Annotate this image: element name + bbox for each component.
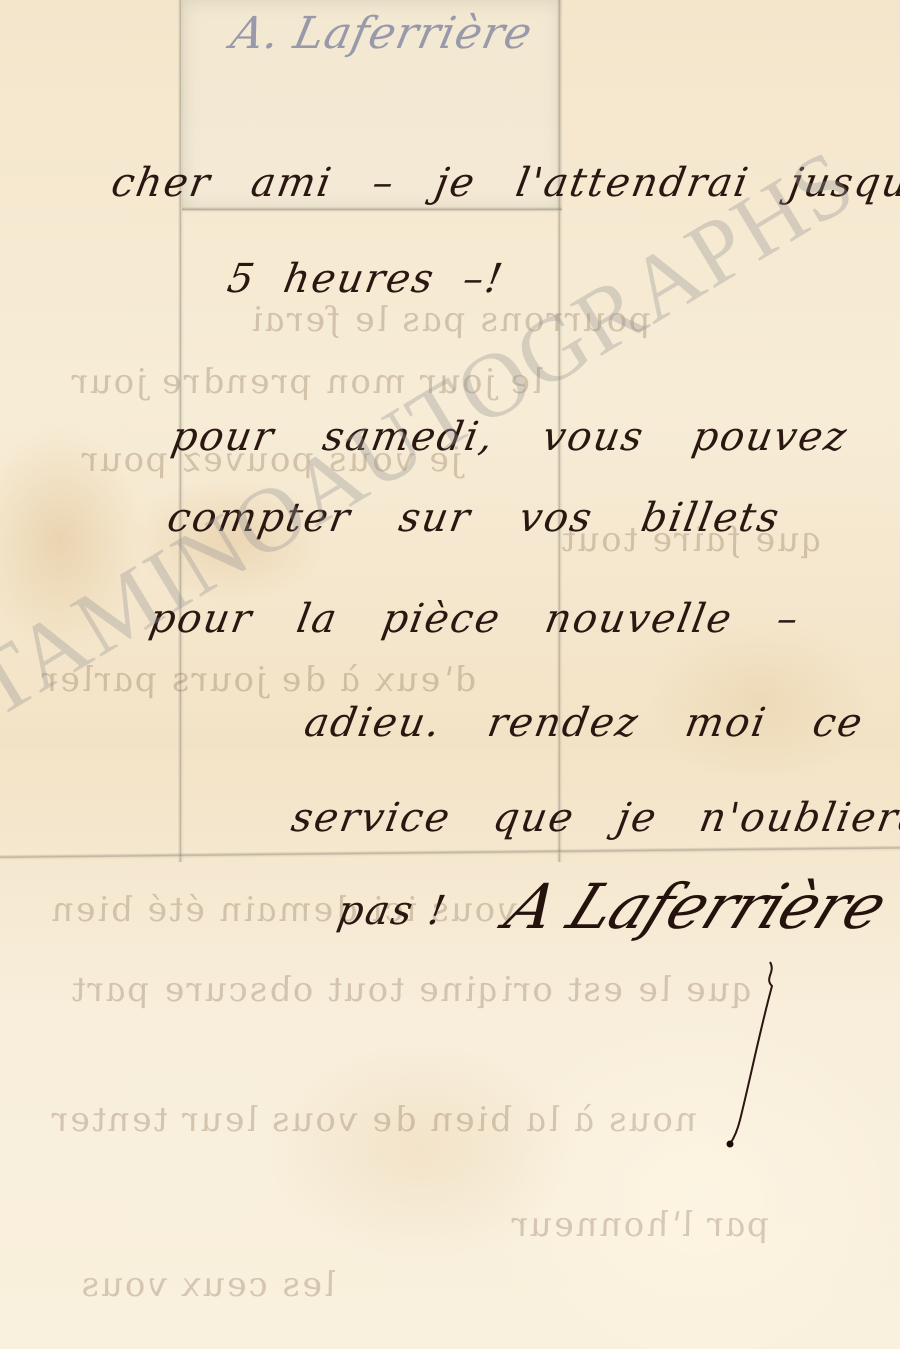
signature: A Laferrière <box>495 870 897 943</box>
signature-flourish-icon <box>720 960 780 1150</box>
letter-line: adieu. rendez moi ce <box>301 700 867 746</box>
letter-line: 5 heures –! <box>224 256 508 302</box>
letter-line: pour la pièce nouvelle – <box>146 596 803 642</box>
bleed-through-text: nous à la bien de vous leur tenter <box>46 1100 702 1140</box>
bleed-through-text: par l'honneur <box>506 1205 774 1245</box>
letter-line: service que je n'oublierai <box>288 795 900 841</box>
pencil-attribution: A. Laferrière <box>227 8 538 59</box>
bleed-through-text: les ceux vous <box>76 1265 340 1305</box>
letter-line: pas ! <box>334 888 451 934</box>
bleed-through-text: que le est oriqine tout obscure part <box>66 970 758 1010</box>
fold-line-top-panel <box>182 207 562 213</box>
fold-line-horizontal <box>0 845 900 860</box>
letter-page: pourrons pas le ferai le jour mon prendr… <box>0 0 900 1349</box>
bleed-through-text: vous ici demain été bien <box>46 890 521 930</box>
